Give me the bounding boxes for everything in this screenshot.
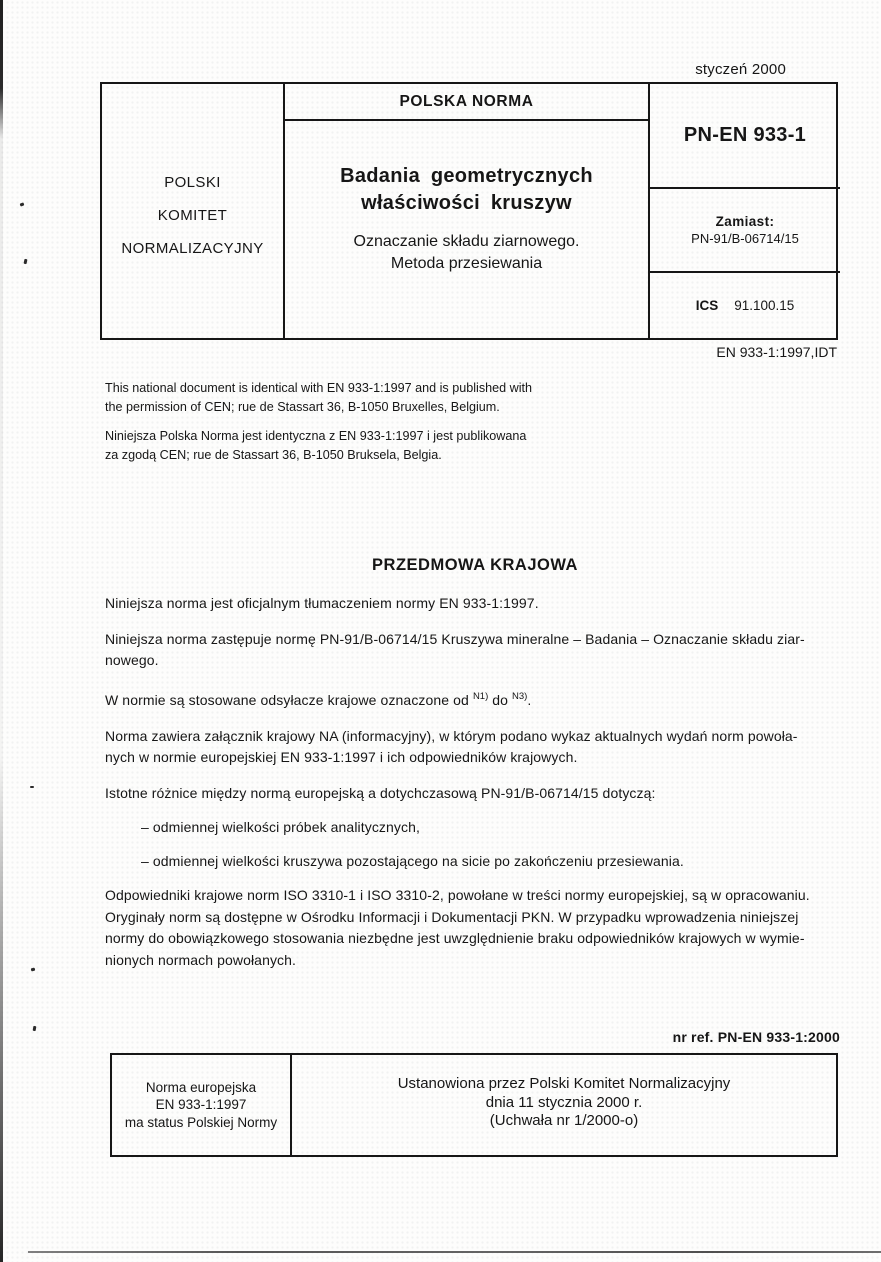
- national-preface-section: PRZEDMOWA KRAJOWA Niniejsza norma jest o…: [105, 556, 845, 971]
- idt-identity-note: EN 933-1:1997,IDT: [716, 344, 837, 360]
- preface-para-translation: Niniejsza norma jest oficjalnym tłumacze…: [105, 593, 845, 614]
- polska-norma-label: POLSKA NORMA: [285, 84, 648, 121]
- committee-line-1: POLSKI: [102, 166, 283, 199]
- norm-main-title: Badania geometrycznych właściwości krusz…: [285, 163, 648, 217]
- ics-box: ICS 91.100.15: [650, 273, 840, 338]
- norm-header-table: POLSKI KOMITET NORMALIZACYJNY POLSKA NOR…: [100, 82, 838, 340]
- references-text-suffix: .: [527, 692, 531, 708]
- scan-speck: [30, 786, 34, 788]
- norm-reference-column: PN-EN 933-1 Zamiast: PN-91/B-06714/15 IC…: [648, 84, 840, 338]
- scan-speck: [33, 1026, 37, 1031]
- replaces-value: PN-91/B-06714/15: [691, 230, 799, 247]
- scan-speck: [31, 968, 36, 972]
- approval-table: Norma europejska EN 933-1:1997 ma status…: [110, 1053, 838, 1157]
- norm-subtitle-line-2: Metoda przesiewania: [285, 253, 648, 275]
- norm-subtitle-line-1: Oznaczanie składu ziarnowego.: [285, 231, 648, 253]
- scan-speck: [20, 202, 25, 206]
- scan-edge-artifact: [0, 0, 3, 1262]
- national-ref-sup-n3: N3): [512, 691, 527, 702]
- replaces-label: Zamiast:: [716, 213, 775, 230]
- preface-para-annex: Norma zawiera załącznik krajowy NA (info…: [105, 726, 845, 768]
- norm-title-body: Badania geometrycznych właściwości krusz…: [285, 121, 648, 275]
- preface-para-equivalents: Odpowiedniki krajowe norm ISO 3310-1 i I…: [105, 885, 845, 971]
- preface-para-differences: Istotne różnice między normą europejską …: [105, 783, 845, 804]
- ics-label: ICS: [696, 298, 719, 313]
- identity-note-polish: Niniejsza Polska Norma jest identyczna z…: [105, 427, 526, 465]
- scanned-document-page: styczeń 2000 POLSKI KOMITET NORMALIZACYJ…: [0, 0, 881, 1262]
- norm-title-line-1: Badania geometrycznych: [285, 163, 648, 190]
- committee-line-2: KOMITET: [102, 199, 283, 232]
- references-text-prefix: W normie są stosowane odsyłacze krajowe …: [105, 692, 473, 708]
- norm-subtitle: Oznaczanie składu ziarnowego. Metoda prz…: [285, 231, 648, 275]
- national-ref-sup-n1: N1): [473, 691, 488, 702]
- preface-heading: PRZEDMOWA KRAJOWA: [105, 556, 845, 575]
- committee-name-cell: POLSKI KOMITET NORMALIZACYJNY: [102, 84, 285, 338]
- approval-status-cell: Norma europejska EN 933-1:1997 ma status…: [112, 1055, 292, 1155]
- publication-date: styczeń 2000: [695, 61, 786, 78]
- identity-note-english: This national document is identical with…: [105, 379, 532, 417]
- committee-line-3: NORMALIZACYJNY: [102, 232, 283, 265]
- ics-value: 91.100.15: [734, 298, 794, 313]
- preface-para-replacement: Niniejsza norma zastępuje normę PN-91/B-…: [105, 629, 845, 671]
- reference-number-note: nr ref. PN-EN 933-1:2000: [673, 1029, 840, 1045]
- replaces-box: Zamiast: PN-91/B-06714/15: [650, 189, 840, 273]
- norm-number: PN-EN 933-1: [650, 84, 840, 189]
- norm-title-cell: POLSKA NORMA Badania geometrycznych właś…: [285, 84, 648, 338]
- scan-speck: [24, 259, 28, 265]
- references-text-mid: do: [488, 692, 512, 708]
- difference-list-item: – odmiennej wielkości kruszywa pozostają…: [105, 851, 845, 872]
- preface-para-references: W normie są stosowane odsyłacze krajowe …: [105, 686, 845, 711]
- norm-title-line-2: właściwości kruszyw: [285, 190, 648, 217]
- difference-list-item: – odmiennej wielkości próbek analityczny…: [105, 817, 845, 838]
- scan-bottom-line-artifact: [28, 1251, 881, 1253]
- approval-resolution-cell: Ustanowiona przez Polski Komitet Normali…: [292, 1055, 836, 1155]
